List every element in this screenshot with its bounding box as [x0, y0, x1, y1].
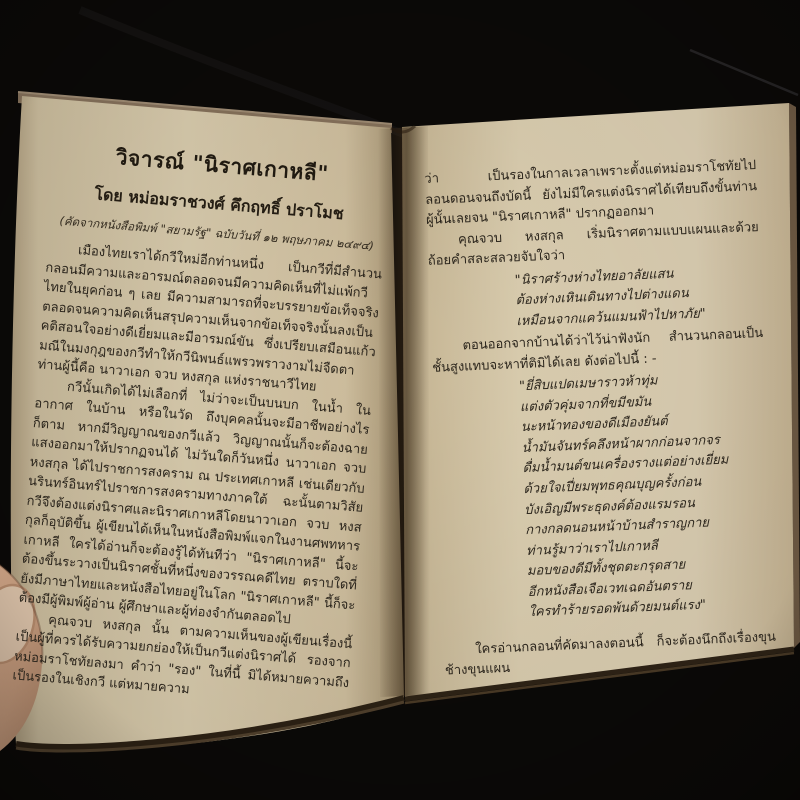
left-paragraph-2: กวีนั้นเกิดได้ไม่เลือกที่ ไม่ว่าจะเป็นบน… [18, 375, 372, 635]
left-paragraph-1: เมืองไทยเราได้กวีใหม่อีกท่านหนึ่ง เป็นกว… [37, 239, 383, 402]
photo-scene: วิจารณ์ "นิราศเกาหลี" โดย หม่อมราชวงศ์ ค… [0, 0, 800, 800]
verse-block-1: "นิราศร้างห่างไทยอาลัยแสน ต้องห่างเหินเด… [514, 261, 762, 333]
right-page-text: ว่า เป็นรองในกาลเวลาเพราะตั้งแต่หม่อมราโ… [424, 156, 777, 682]
left-page-text: วิจารณ์ "นิราศเกาหลี" โดย หม่อมราชวงศ์ ค… [12, 136, 391, 713]
verse-block-2: "ยี่สิบแปดเมษาราวห้าทุ่ม แต่งตัวคุ่มจากท… [519, 367, 775, 623]
